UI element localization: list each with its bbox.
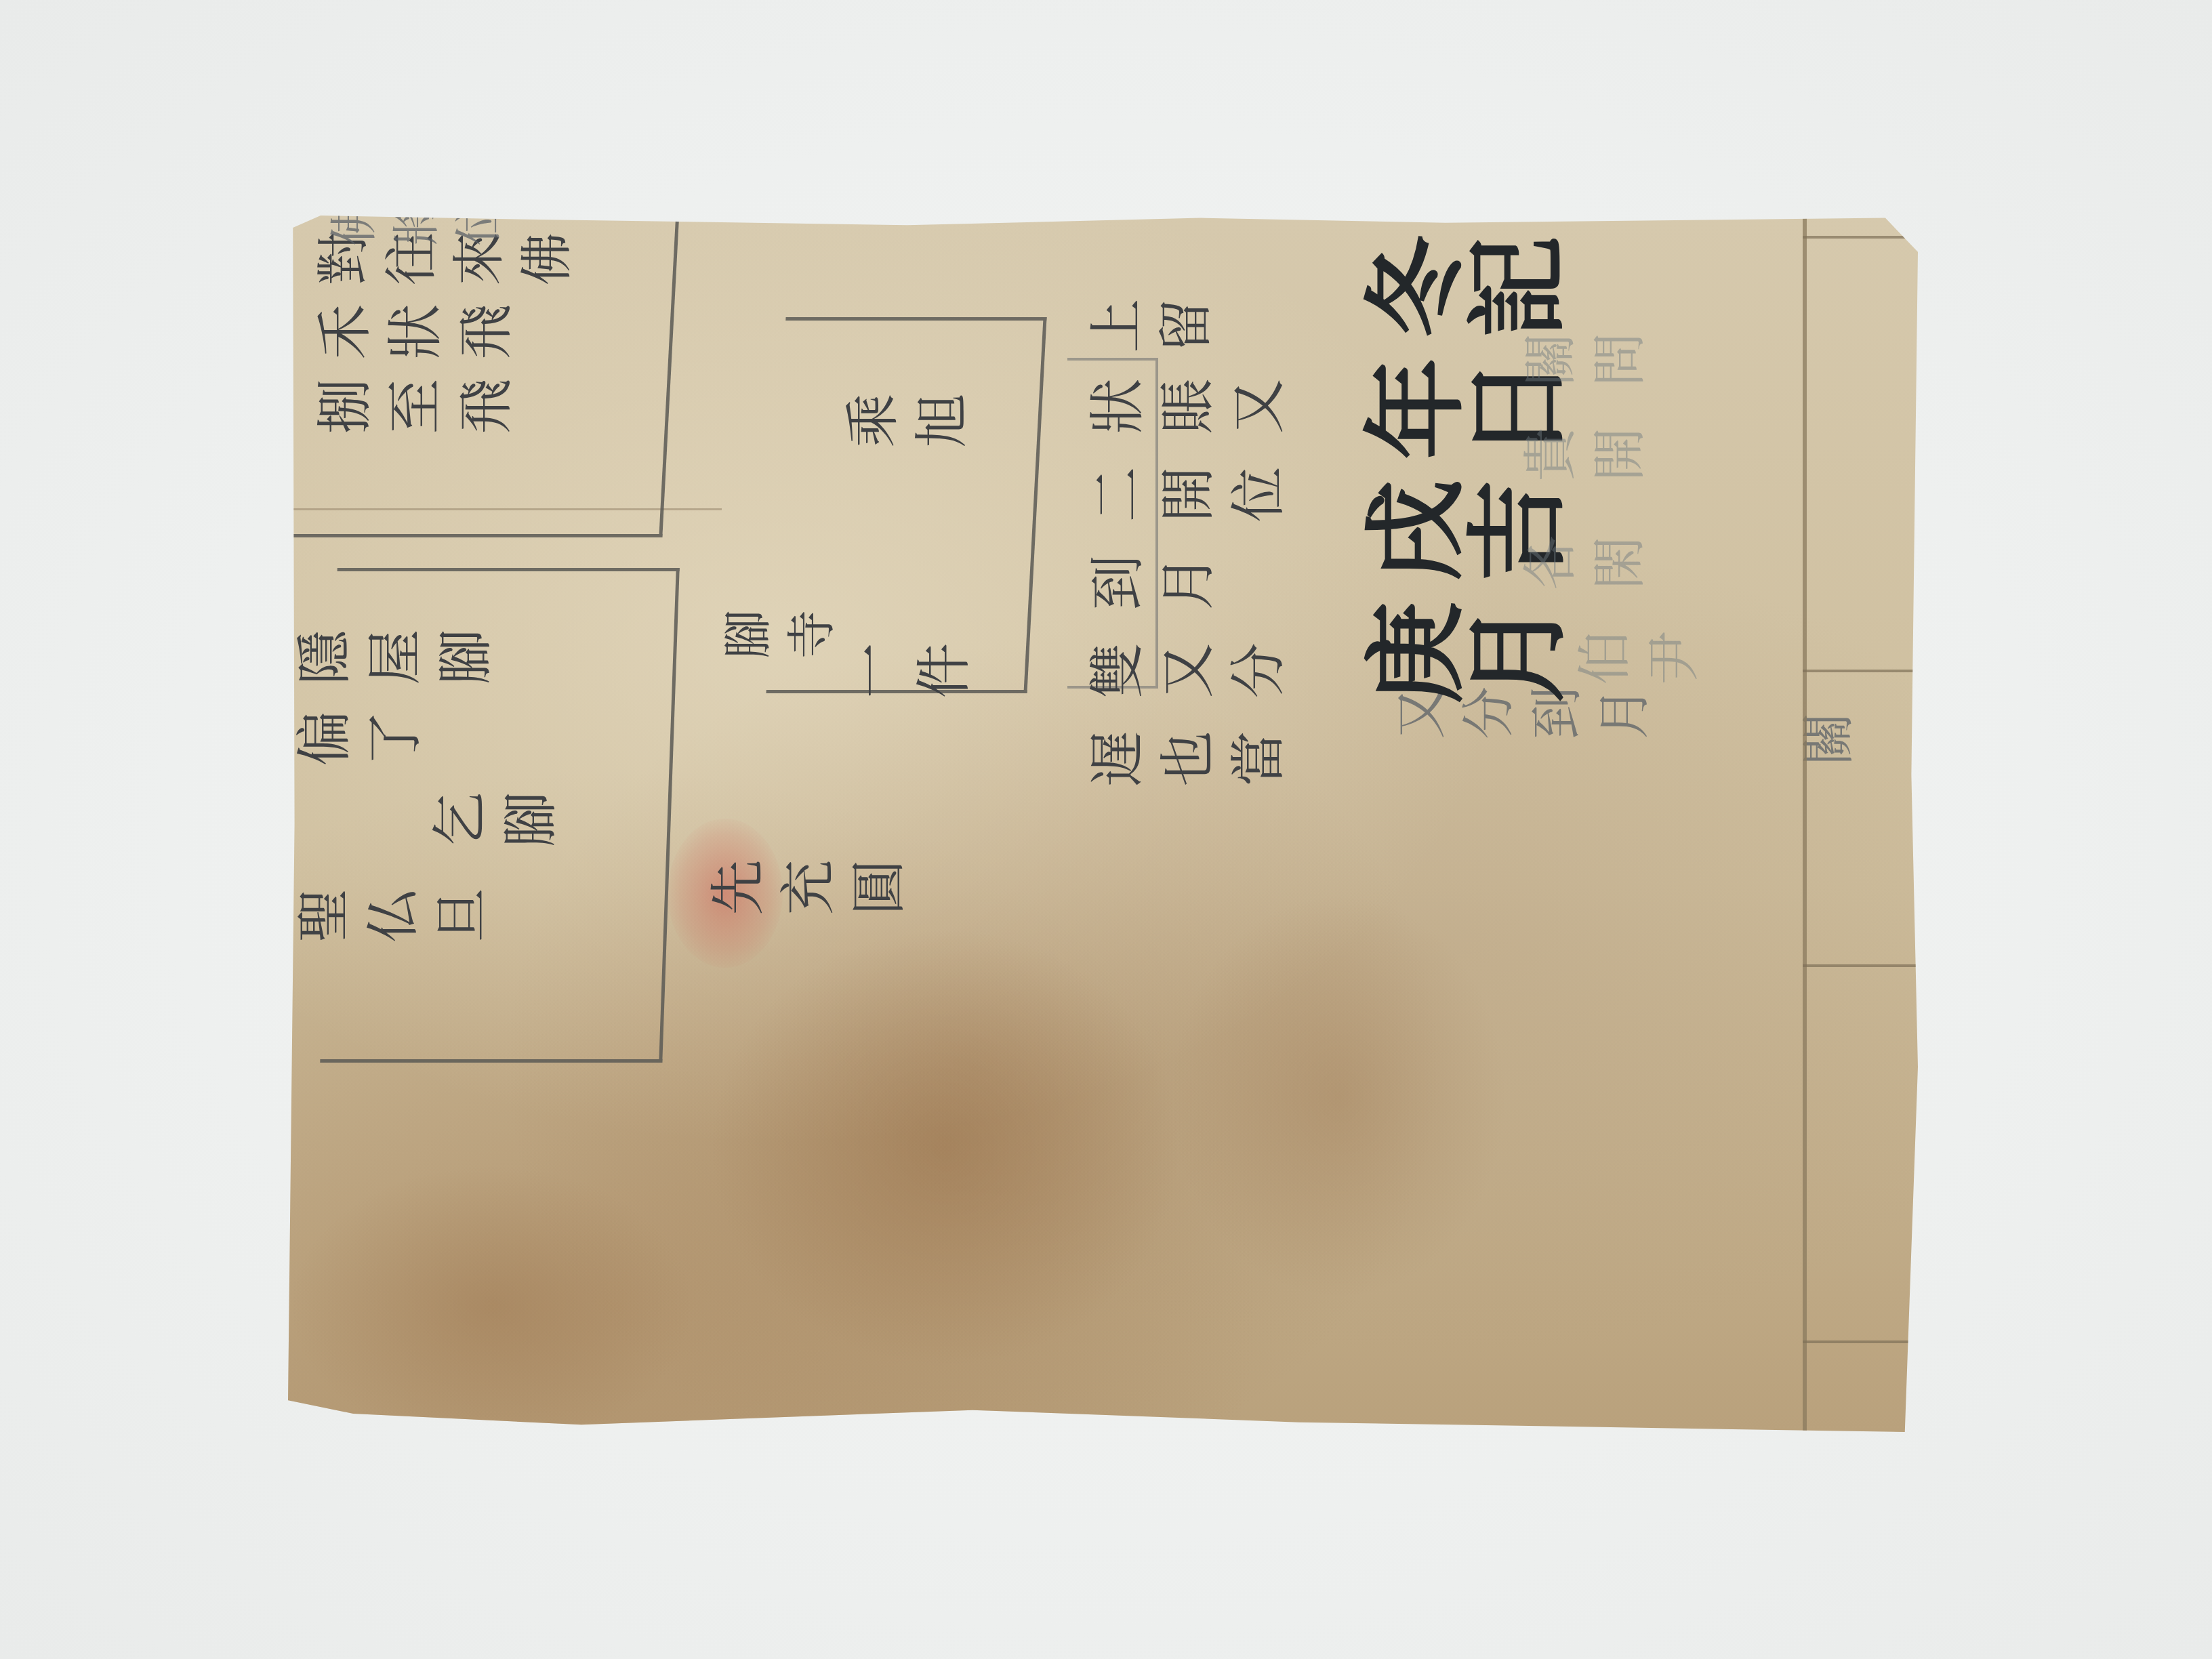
text-column: 聖仏旦: [295, 893, 502, 947]
text-column: 隱屋腳: [295, 634, 506, 690]
text-column: 伯尹: [1576, 636, 1714, 690]
text-column: 到月: [1088, 560, 1229, 615]
text-column: 狀賬又: [1088, 384, 1299, 439]
binding-thread: [1803, 1340, 1918, 1343]
text-column: 先充圓: [708, 865, 920, 920]
manuscript-book: 對往來佛 禾狀飛 捌至飛 佛將位 隱屋腳 偏了 乞腳 聖仏旦 先充圓 腳寺 乘旭…: [288, 216, 1918, 1432]
binding-thread: [1803, 670, 1918, 672]
text-column: 貴開: [1521, 432, 1660, 487]
text-column: 關: [1799, 717, 1868, 771]
text-column: 遅也當: [1088, 736, 1299, 792]
text-column: 關問: [1521, 337, 1660, 392]
text-column: 腳寺: [722, 614, 849, 663]
text-column: 捌至飛: [315, 384, 527, 439]
text-column: 各閑: [1521, 541, 1660, 595]
text-column: 一件: [844, 648, 985, 703]
binding-spine: [1803, 216, 1807, 1432]
water-stain: [1169, 893, 1508, 1300]
text-column: 佛將位: [329, 202, 516, 249]
water-stain: [288, 1164, 695, 1449]
text-column: 乘旭: [844, 398, 982, 453]
text-column: 上留: [1088, 304, 1226, 358]
text-column: 禾狀飛: [315, 309, 527, 365]
text-column: 偏了: [295, 716, 436, 771]
water-stain: [708, 927, 1183, 1368]
binding-thread: [1803, 236, 1918, 239]
binding-thread: [1803, 964, 1918, 967]
text-column: 二開位: [1088, 472, 1299, 527]
text-column: 乞腳: [430, 797, 571, 853]
text-column: 雙又分: [1088, 648, 1299, 703]
